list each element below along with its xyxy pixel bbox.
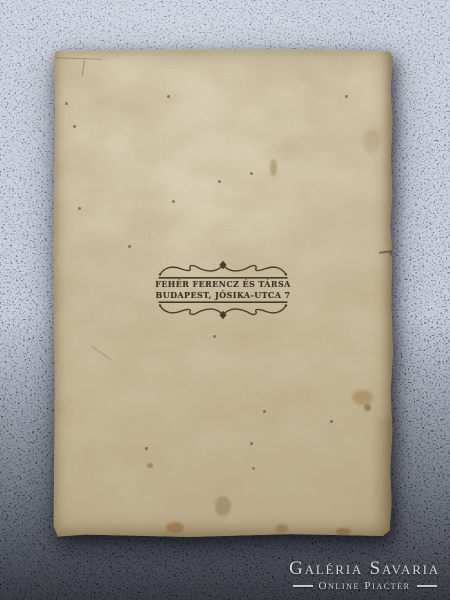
crack-right-edge <box>379 250 392 254</box>
stamp-address: BUDAPEST, JÓSIKA-UTCA 7 <box>153 290 293 301</box>
photo-of-book: FEHÉR FERENCZ ÉS TÁRSA BUDAPEST, JÓSIKA-… <box>0 0 450 600</box>
paper-speck <box>252 467 255 470</box>
paper-speck <box>263 410 266 413</box>
watermark-right-rule <box>417 585 437 587</box>
worn-right-edge <box>382 49 393 538</box>
paper-stain <box>215 496 231 516</box>
paper-speck <box>128 245 131 248</box>
paper-speck <box>78 207 81 210</box>
paper-stain <box>363 129 380 153</box>
crease-mid-left <box>91 346 113 362</box>
paper-stain <box>166 522 184 533</box>
book-back-cover: FEHÉR FERENCZ ÉS TÁRSA BUDAPEST, JÓSIKA-… <box>53 49 393 538</box>
printer-imprint-stamp: FEHÉR FERENCZ ÉS TÁRSA BUDAPEST, JÓSIKA-… <box>153 260 293 320</box>
watermark-subtitle: Online Piactér <box>319 580 411 592</box>
paper-speck <box>250 172 253 175</box>
watermark-title: Galéria Savaria <box>289 559 440 579</box>
paper-speck <box>218 180 221 183</box>
paper-stain <box>276 524 288 533</box>
crease-top-left <box>56 57 102 60</box>
stamp-ornament-bottom <box>157 301 289 320</box>
paper-speck <box>213 335 216 338</box>
paper-speck <box>330 420 333 423</box>
paper-stain <box>147 463 153 468</box>
paper-speck <box>345 95 348 98</box>
watermark-galeria-savaria: Galéria Savaria Online Piactér <box>289 559 440 592</box>
watermark-subtitle-row: Online Piactér <box>293 580 437 592</box>
paper-speck <box>167 95 170 98</box>
paper-speck <box>145 447 148 450</box>
watermark-left-rule <box>293 585 313 587</box>
paper-speck <box>73 125 76 128</box>
paper-stain <box>270 159 277 176</box>
paper-stain <box>336 528 351 536</box>
paper-speck <box>65 102 68 105</box>
crease-top-left-vertical <box>82 60 85 75</box>
paper-stain <box>364 404 371 411</box>
stamp-ornament-top <box>157 260 289 279</box>
worn-bottom-right-corner <box>363 418 393 538</box>
paper-speck <box>172 200 175 203</box>
stamp-publisher-name: FEHÉR FERENCZ ÉS TÁRSA <box>153 279 293 290</box>
paper-stain <box>352 390 373 405</box>
book: FEHÉR FERENCZ ÉS TÁRSA BUDAPEST, JÓSIKA-… <box>53 49 393 538</box>
paper-speck <box>250 442 253 445</box>
